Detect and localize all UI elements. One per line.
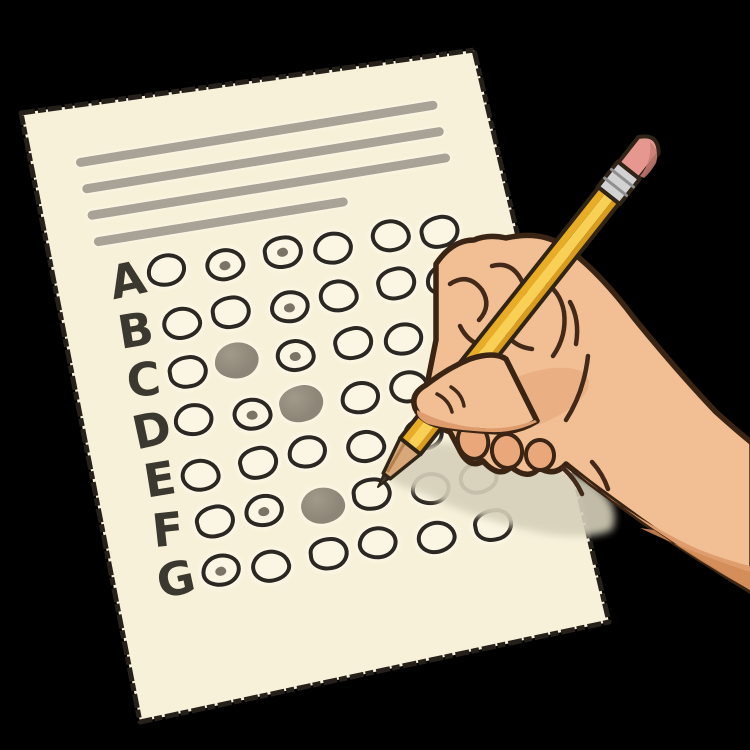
hand-and-pencil <box>0 0 750 750</box>
illustration-answer-sheet: ABCDEFG <box>0 0 750 750</box>
fingertip <box>524 438 556 472</box>
